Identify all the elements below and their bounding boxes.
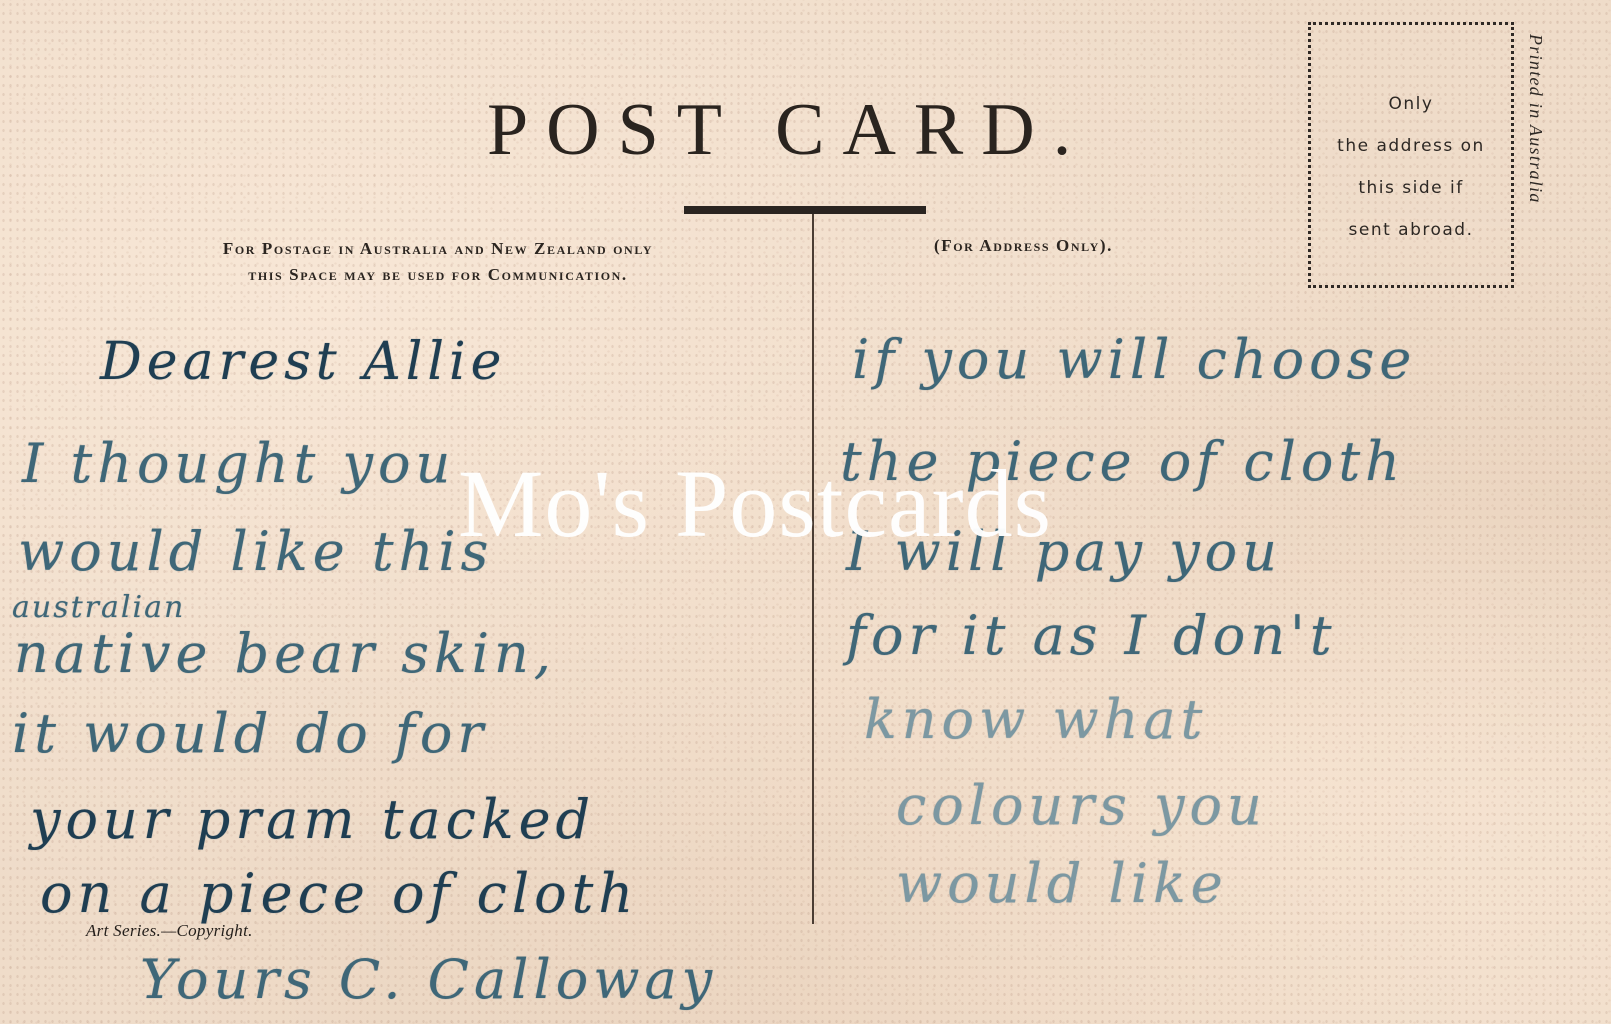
watermark: Mo's Postcards bbox=[458, 448, 1052, 559]
center-divider bbox=[812, 214, 814, 924]
handwritten-line: if you will choose bbox=[852, 328, 1416, 391]
handwritten-line: for it as I don't bbox=[846, 604, 1337, 667]
handwritten-line: it would do for bbox=[12, 702, 488, 765]
stamp-line-2: the address on bbox=[1311, 125, 1511, 167]
handwritten-line: know what bbox=[864, 688, 1207, 751]
stamp-line-1: Only bbox=[1311, 83, 1511, 125]
printed-in-note: Printed in Australia bbox=[1525, 34, 1546, 204]
handwritten-line: Dearest Allie bbox=[100, 332, 506, 392]
handwritten-line: colours you bbox=[896, 774, 1267, 837]
communication-note: For Postage in Australia and New Zealand… bbox=[68, 236, 808, 288]
publisher-note: Art Series.—Copyright. bbox=[86, 921, 253, 941]
stamp-line-3: this side if bbox=[1311, 167, 1511, 209]
title-underline bbox=[684, 206, 926, 214]
handwritten-line: would like this bbox=[18, 520, 493, 583]
handwritten-line: native bear skin, bbox=[14, 622, 556, 685]
stamp-box: Only the address on this side if sent ab… bbox=[1308, 22, 1514, 288]
communication-note-line-2: this Space may be used for Communication… bbox=[68, 262, 808, 288]
signature: Yours C. Calloway bbox=[140, 948, 717, 1011]
address-note: (For Address Only). bbox=[934, 236, 1113, 256]
handwritten-line: would like bbox=[896, 852, 1228, 915]
postcard-title: POST CARD. bbox=[487, 88, 1089, 173]
handwritten-insert: australian bbox=[12, 590, 185, 625]
handwritten-line: on a piece of cloth bbox=[40, 862, 638, 925]
communication-note-line-1: For Postage in Australia and New Zealand… bbox=[68, 236, 808, 262]
stamp-instructions: Only the address on this side if sent ab… bbox=[1311, 83, 1511, 251]
stamp-line-4: sent abroad. bbox=[1311, 209, 1511, 251]
handwritten-line: I thought you bbox=[22, 432, 455, 495]
handwritten-line: your pram tacked bbox=[30, 788, 595, 851]
